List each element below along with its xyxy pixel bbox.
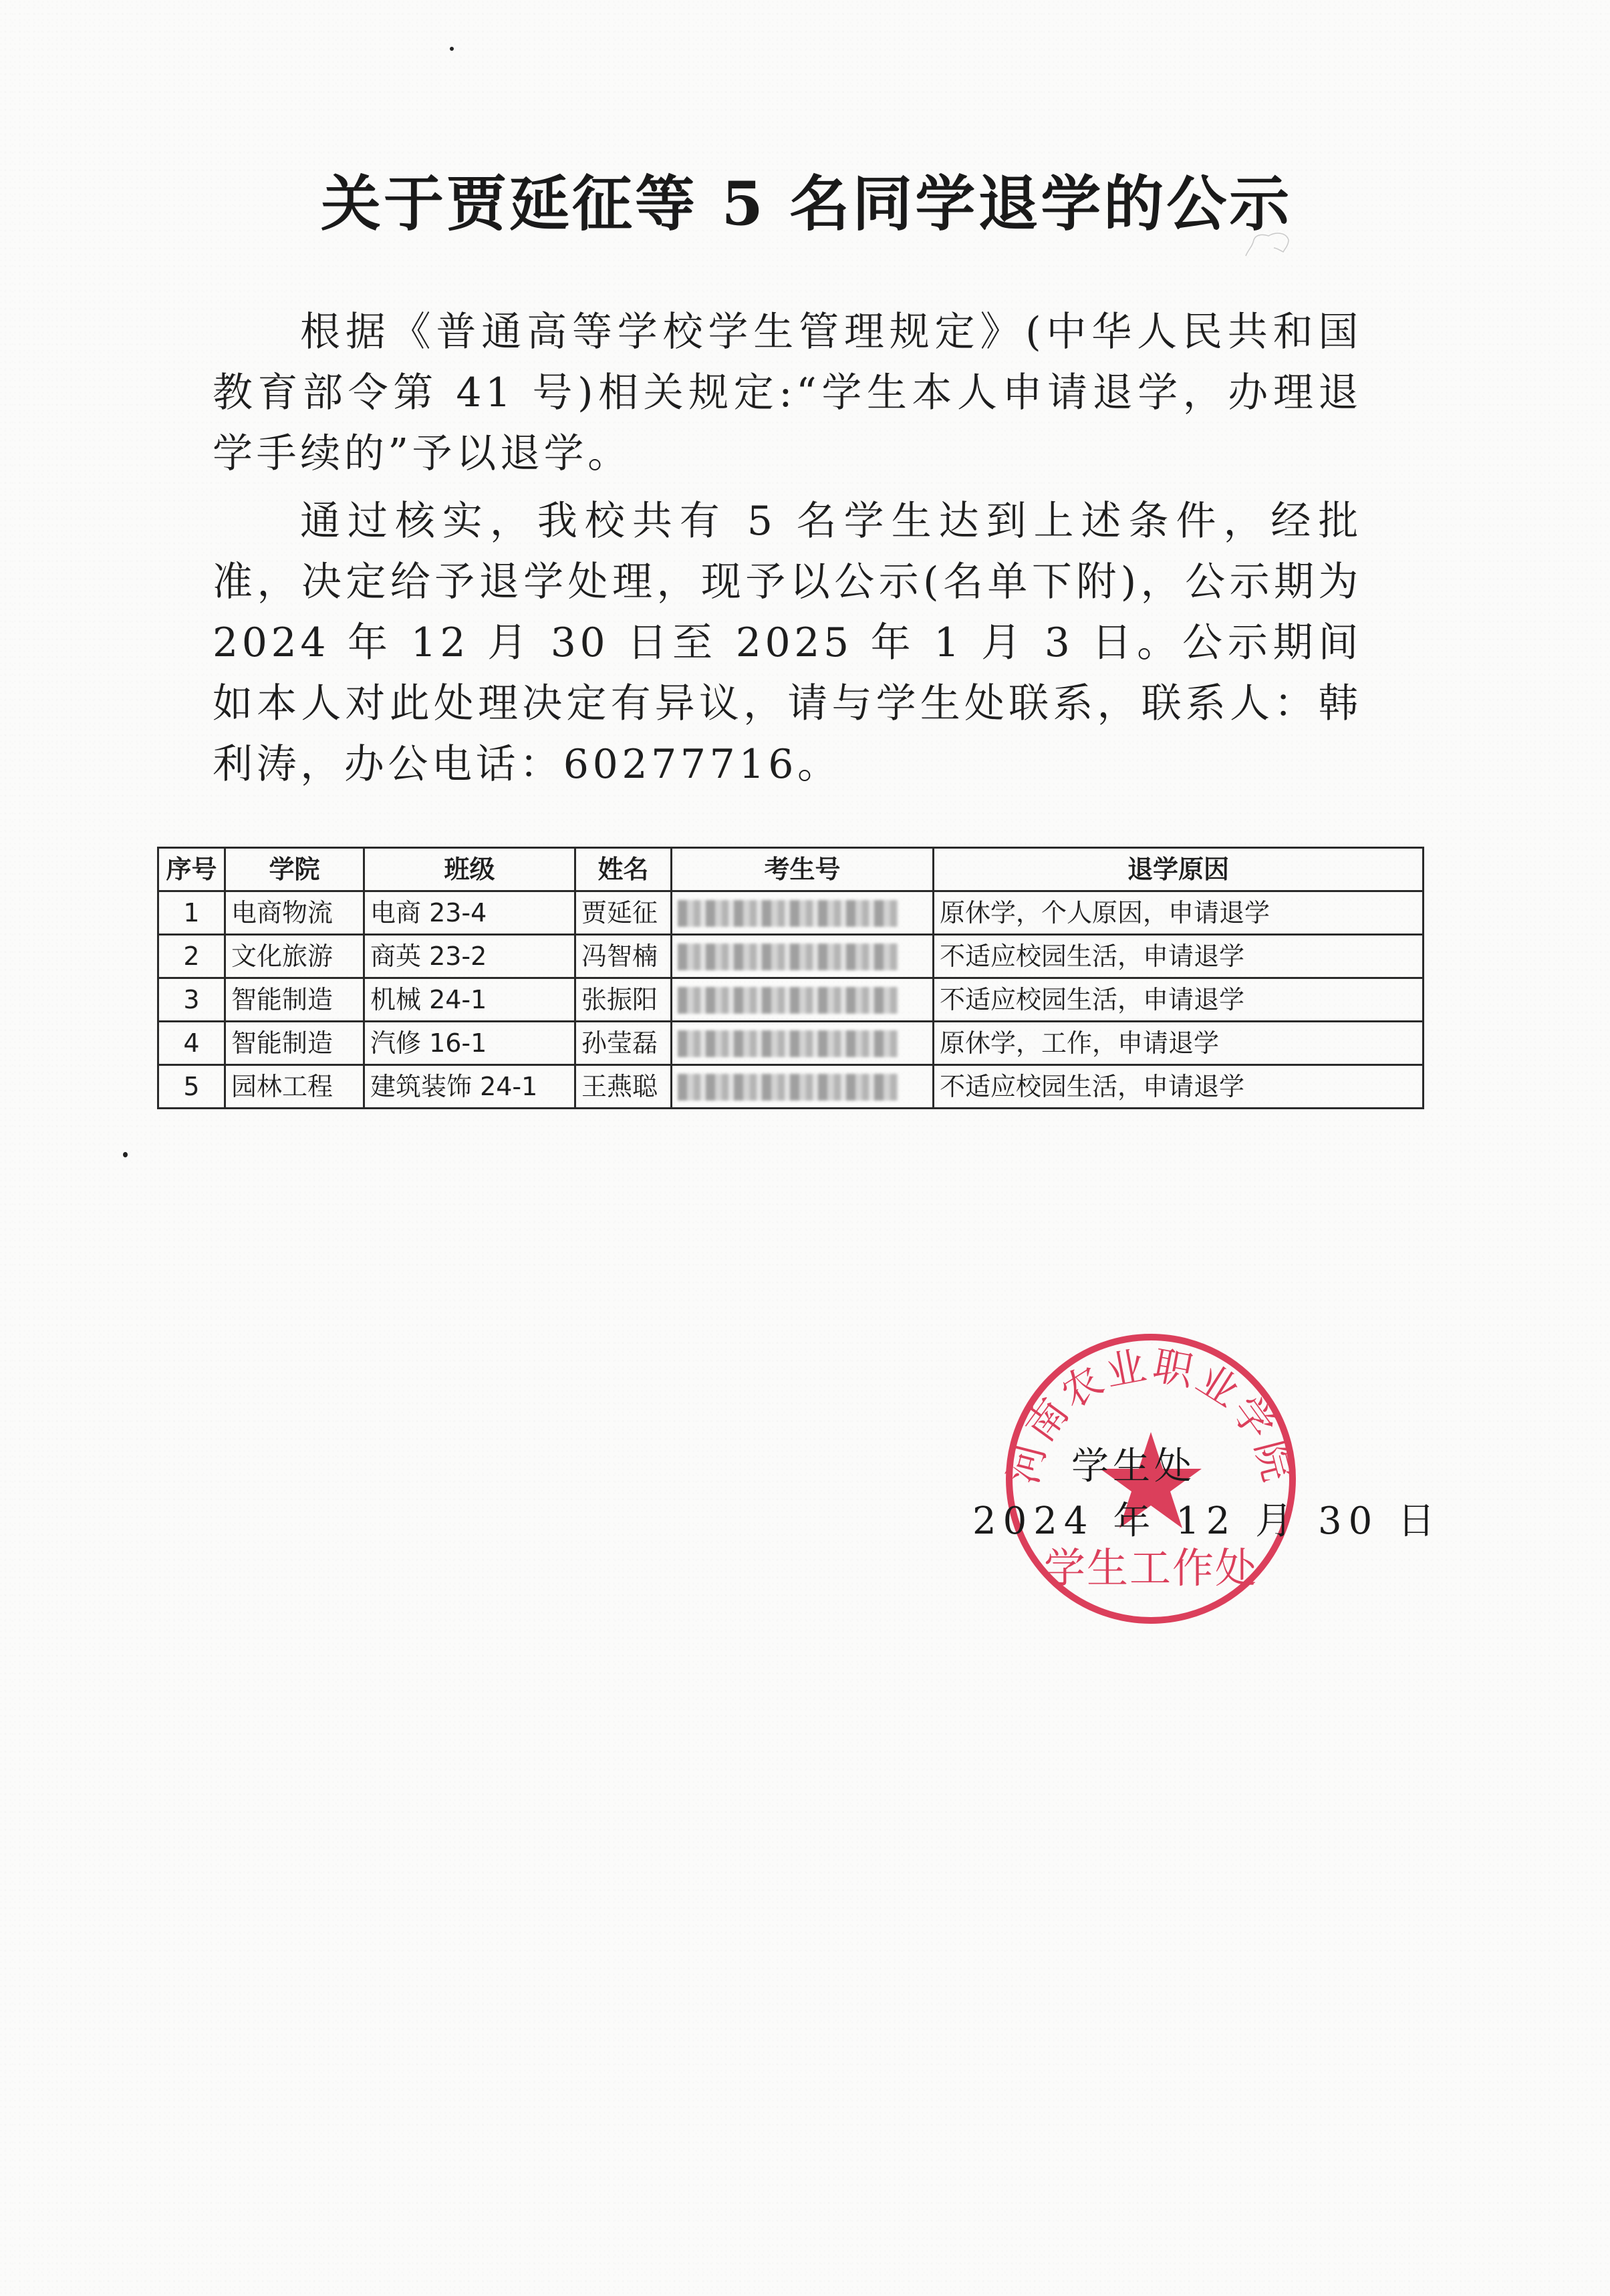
table-row: 2 文化旅游 商英 23-2 冯智楠 不适应校园生活，申请退学: [158, 935, 1424, 978]
table-row: 4 智能制造 汽修 16-1 孙莹磊 原休学，工作，申请退学: [158, 1022, 1424, 1065]
cell-reason: 原休学，工作，申请退学: [934, 1022, 1424, 1065]
cell-exam-number: [672, 978, 934, 1022]
cell-college: 电商物流: [225, 891, 364, 935]
cell-name: 王燕聪: [575, 1065, 672, 1109]
redacted-exam-number: [678, 1030, 898, 1057]
header-college: 学院: [225, 848, 364, 891]
paragraph-notice: 通过核实，我校共有 5 名学生达到上述条件，经批准，决定给予退学处理，现予以公示…: [213, 491, 1362, 795]
cell-college: 智能制造: [225, 1022, 364, 1065]
redacted-exam-number: [678, 987, 898, 1014]
cell-index: 2: [158, 935, 225, 978]
header-index: 序号: [158, 848, 225, 891]
table-row: 1 电商物流 电商 23-4 贾延征 原休学，个人原因，申请退学: [158, 891, 1424, 935]
cell-index: 4: [158, 1022, 225, 1065]
cell-name: 冯智楠: [575, 935, 672, 978]
cell-college: 智能制造: [225, 978, 364, 1022]
redacted-exam-number: [678, 900, 898, 927]
withdrawal-roster-table: 序号 学院 班级 姓名 考生号 退学原因 1 电商物流 电商 23-4 贾延征 …: [157, 847, 1424, 1109]
cell-college: 文化旅游: [225, 935, 364, 978]
document-page: 关于贾延征等 5 名同学退学的公示 根据《普通高等学校学生管理规定》(中华人民共…: [0, 0, 1610, 2296]
cell-name: 孙莹磊: [575, 1022, 672, 1065]
redacted-exam-number: [678, 1074, 898, 1101]
header-reason: 退学原因: [934, 848, 1424, 891]
cell-reason: 不适应校园生活，申请退学: [934, 1065, 1424, 1109]
cell-index: 5: [158, 1065, 225, 1109]
scan-speck: [123, 1152, 128, 1157]
table-row: 3 智能制造 机械 24-1 张振阳 不适应校园生活，申请退学: [158, 978, 1424, 1022]
cell-reason: 原休学，个人原因，申请退学: [934, 891, 1424, 935]
cell-class: 汽修 16-1: [364, 1022, 575, 1065]
cell-college: 园林工程: [225, 1065, 364, 1109]
cell-name: 张振阳: [575, 978, 672, 1022]
redacted-exam-number: [678, 944, 898, 970]
paragraph-regulation: 根据《普通高等学校学生管理规定》(中华人民共和国教育部令第 41 号)相关规定:…: [213, 302, 1362, 484]
cell-reason: 不适应校园生活，申请退学: [934, 935, 1424, 978]
scan-speck: [450, 47, 454, 51]
cell-exam-number: [672, 935, 934, 978]
seal-bottom-text: 学生工作处: [1044, 1544, 1258, 1592]
cell-index: 1: [158, 891, 225, 935]
page-title: 关于贾延征等 5 名同学退学的公示: [321, 167, 1256, 241]
cell-name: 贾延征: [575, 891, 672, 935]
table-header-row: 序号 学院 班级 姓名 考生号 退学原因: [158, 848, 1424, 891]
table-row: 5 园林工程 建筑装饰 24-1 王燕聪 不适应校园生活，申请退学: [158, 1065, 1424, 1109]
cell-class: 商英 23-2: [364, 935, 575, 978]
cell-class: 机械 24-1: [364, 978, 575, 1022]
cell-exam-number: [672, 1022, 934, 1065]
cell-class: 建筑装饰 24-1: [364, 1065, 575, 1109]
signature-office: 学生处: [1071, 1437, 1196, 1490]
signature-date: 2024 年 12 月 30 日: [972, 1491, 1442, 1545]
header-class: 班级: [364, 848, 575, 891]
cell-exam-number: [672, 1065, 934, 1109]
cell-exam-number: [672, 891, 934, 935]
header-name: 姓名: [575, 848, 672, 891]
cell-reason: 不适应校园生活，申请退学: [934, 978, 1424, 1022]
cell-class: 电商 23-4: [364, 891, 575, 935]
header-exam-number: 考生号: [672, 848, 934, 891]
cell-index: 3: [158, 978, 225, 1022]
